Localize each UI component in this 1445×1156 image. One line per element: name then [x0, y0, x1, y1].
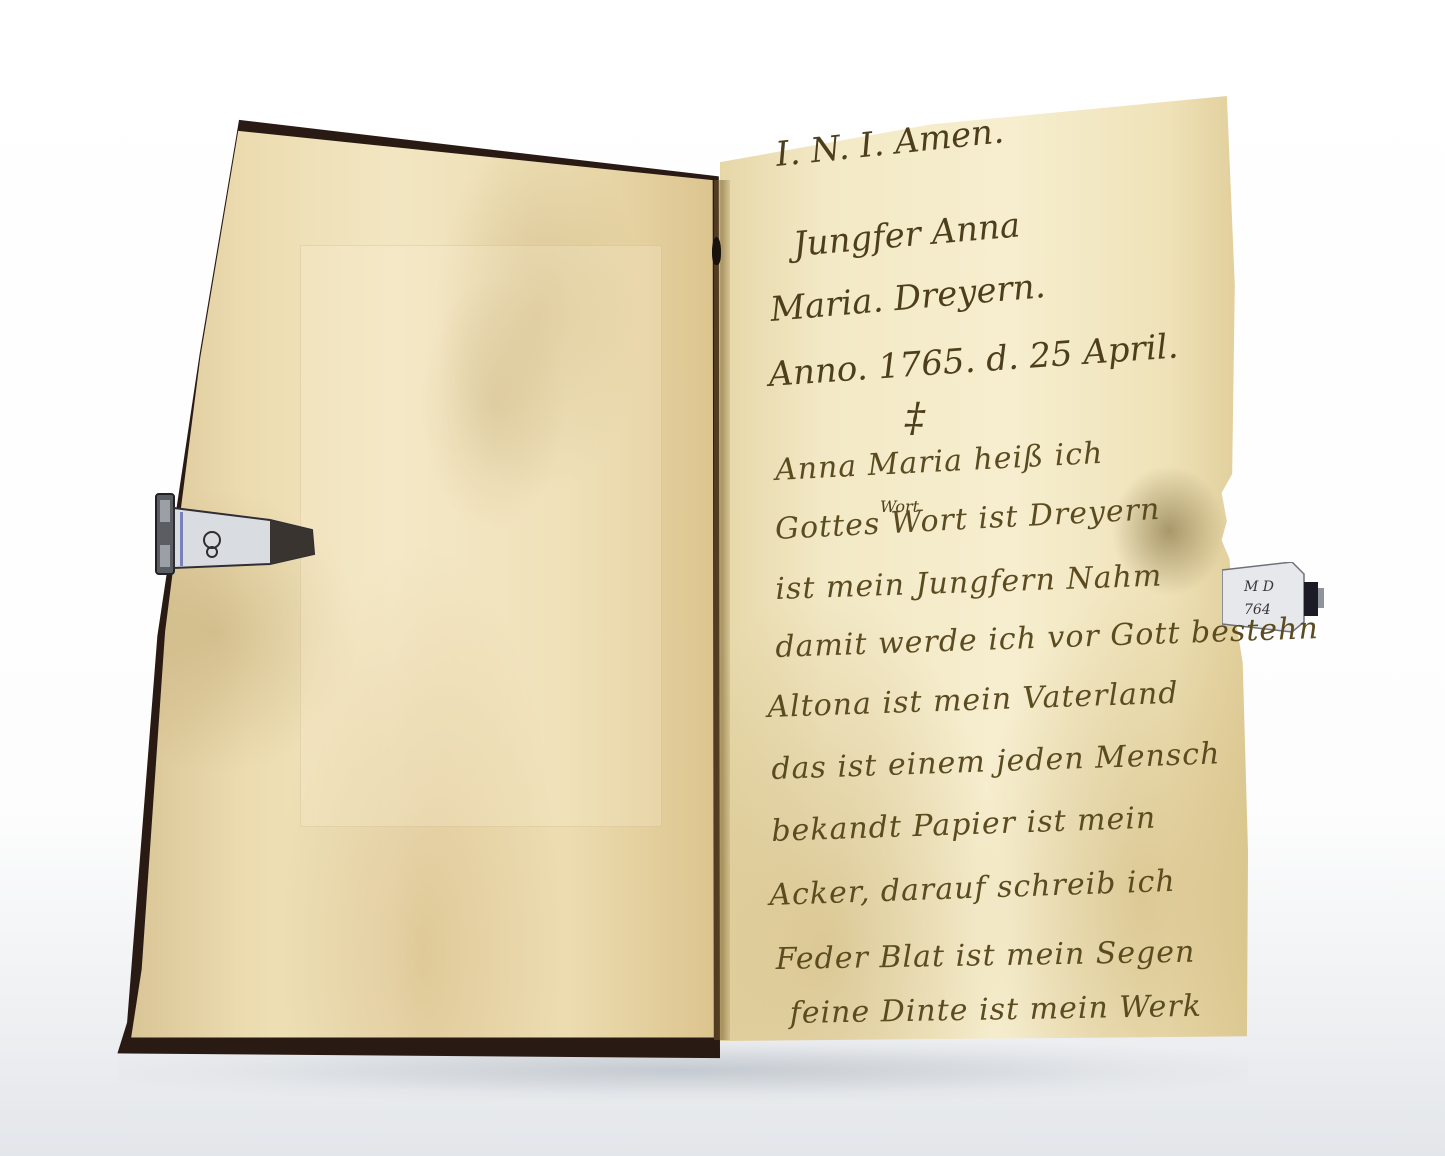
inscription-line-14: feine Dinte ist mein Werk	[789, 989, 1202, 1031]
inscription-line-13: Feder Blat ist mein Segen	[775, 935, 1195, 977]
clasp-engraving-initials: M D	[1244, 580, 1274, 594]
gutter-ink-blot	[712, 237, 721, 265]
book-gutter	[714, 180, 730, 1040]
cross-mark: ‡	[905, 395, 925, 441]
pastedown-stain-panel	[300, 245, 662, 827]
left-clasp-hinge-icon	[152, 490, 317, 578]
